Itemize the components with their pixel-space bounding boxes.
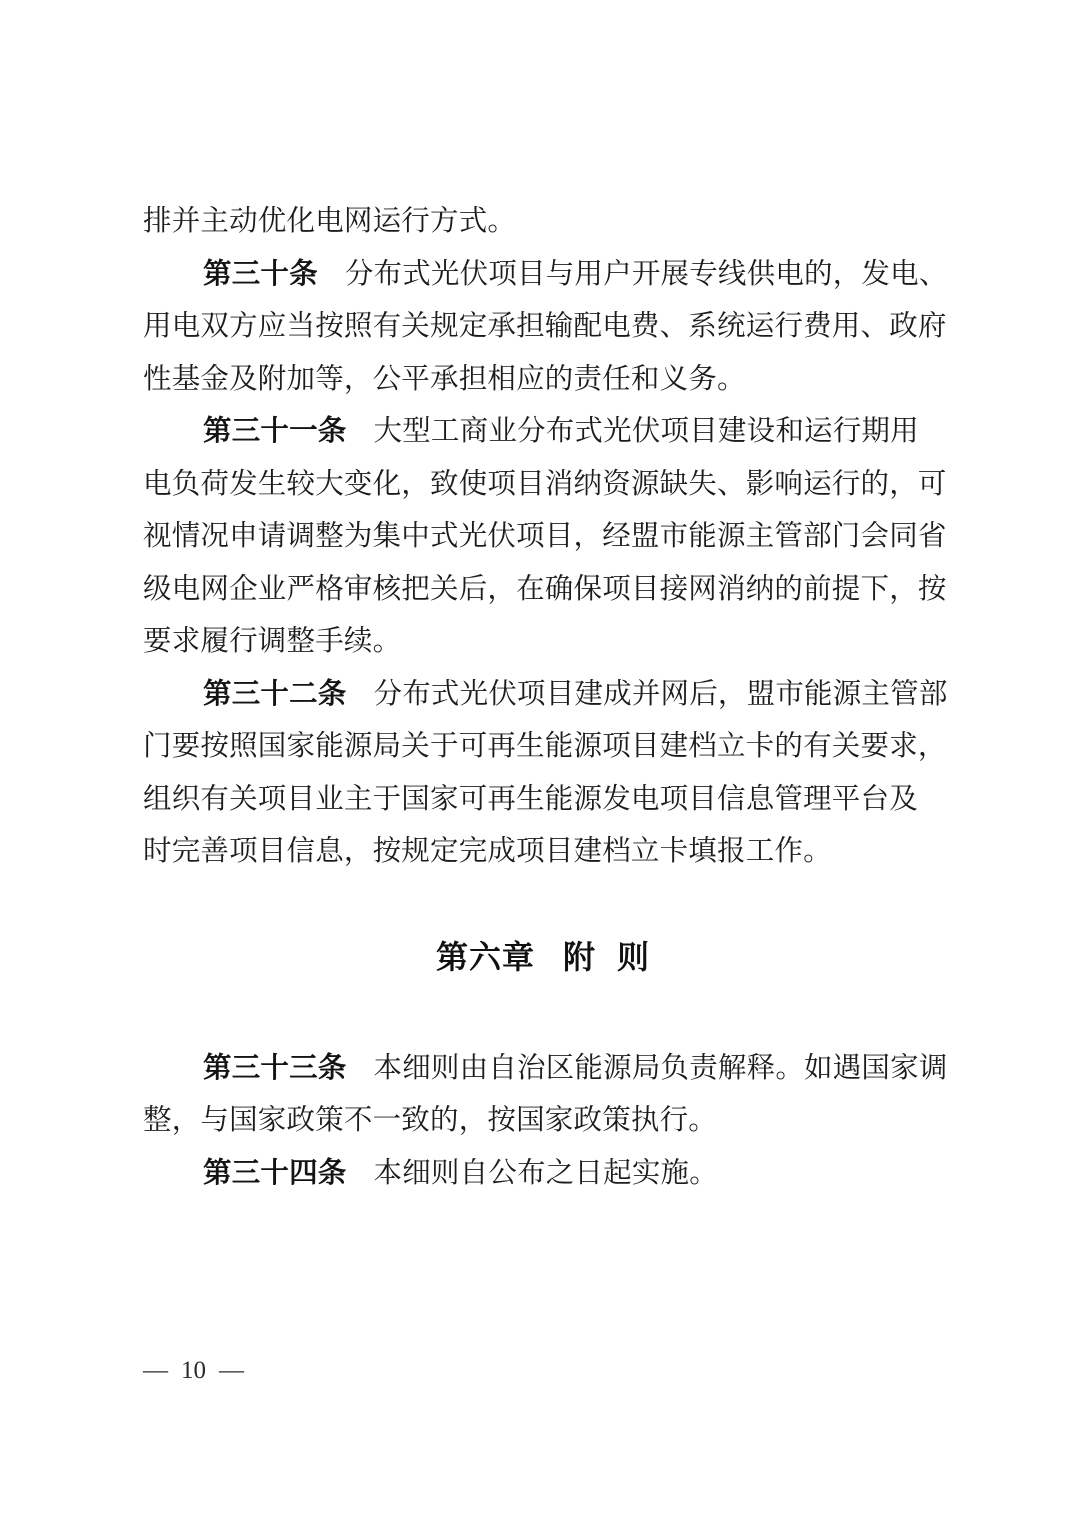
line-text: 本细则自公布之日起实施。 [374, 1158, 718, 1189]
document-page: 排并主动优化电网运行方式。 第三十条分布式光伏项目与用户开展专线供电的，发电、 … [0, 0, 1080, 1527]
body-line-article-31: 第三十一条大型工商业分布式光伏项目建设和运行期用 [143, 406, 943, 459]
document-body: 排并主动优化电网运行方式。 第三十条分布式光伏项目与用户开展专线供电的，发电、 … [143, 196, 943, 1200]
body-line: 整，与国家政策不一致的，按国家政策执行。 [143, 1095, 943, 1148]
line-text: 用电双方应当按照有关规定承担输配电费、系统运行费用、政府 [143, 311, 947, 342]
page-number: 10 [181, 1355, 206, 1387]
article-number: 第三十一条 [203, 416, 347, 447]
article-number: 第三十四条 [203, 1158, 347, 1189]
line-text: 整，与国家政策不一致的，按国家政策执行。 [143, 1105, 717, 1136]
line-text: 时完善项目信息，按规定完成项目建档立卡填报工作。 [143, 836, 832, 867]
body-line-article-34: 第三十四条本细则自公布之日起实施。 [143, 1148, 943, 1201]
body-line-article-33: 第三十三条本细则由自治区能源局负责解释。如遇国家调 [143, 1043, 943, 1096]
body-line: 视情况申请调整为集中式光伏项目，经盟市能源主管部门会同省 [143, 511, 943, 564]
footer-dash-left: — [143, 1355, 168, 1387]
body-line: 要求履行调整手续。 [143, 616, 943, 669]
line-text: 排并主动优化电网运行方式。 [143, 206, 516, 237]
chapter-title: 附 则 [563, 939, 650, 975]
line-text: 视情况申请调整为集中式光伏项目，经盟市能源主管部门会同省 [143, 521, 947, 552]
chapter-number: 第六章 [436, 939, 535, 975]
line-text: 分布式光伏项目与用户开展专线供电的，发电、 [345, 259, 948, 290]
body-line-article-30: 第三十条分布式光伏项目与用户开展专线供电的，发电、 [143, 249, 943, 302]
page-footer: — 10 — [143, 1355, 244, 1387]
footer-dash-right: — [219, 1355, 244, 1387]
line-text: 级电网企业严格审核把关后，在确保项目接网消纳的前提下，按 [143, 574, 947, 605]
chapter-heading: 第六章附 则 [143, 931, 943, 983]
line-text: 门要按照国家能源局关于可再生能源项目建档立卡的有关要求， [143, 731, 947, 762]
body-line: 性基金及附加等，公平承担相应的责任和义务。 [143, 354, 943, 407]
line-text: 要求履行调整手续。 [143, 626, 401, 657]
body-line: 组织有关项目业主于国家可再生能源发电项目信息管理平台及 [143, 774, 943, 827]
body-line: 排并主动优化电网运行方式。 [143, 196, 943, 249]
article-number: 第三十二条 [203, 679, 347, 710]
body-line-article-32: 第三十二条分布式光伏项目建成并网后，盟市能源主管部 [143, 669, 943, 722]
article-number: 第三十条 [203, 259, 318, 290]
line-text: 电负荷发生较大变化，致使项目消纳资源缺失、影响运行的，可 [143, 469, 947, 500]
line-text: 本细则由自治区能源局负责解释。如遇国家调 [374, 1053, 948, 1084]
body-line: 级电网企业严格审核把关后，在确保项目接网消纳的前提下，按 [143, 564, 943, 617]
body-line: 电负荷发生较大变化，致使项目消纳资源缺失、影响运行的，可 [143, 459, 943, 512]
article-number: 第三十三条 [203, 1053, 347, 1084]
closing-section: 第三十三条本细则由自治区能源局负责解释。如遇国家调 整，与国家政策不一致的，按国… [143, 1043, 943, 1201]
body-line: 用电双方应当按照有关规定承担输配电费、系统运行费用、政府 [143, 301, 943, 354]
line-text: 组织有关项目业主于国家可再生能源发电项目信息管理平台及 [143, 784, 918, 815]
body-line: 门要按照国家能源局关于可再生能源项目建档立卡的有关要求， [143, 721, 943, 774]
line-text: 大型工商业分布式光伏项目建设和运行期用 [374, 416, 919, 447]
line-text: 性基金及附加等，公平承担相应的责任和义务。 [143, 364, 746, 395]
line-text: 分布式光伏项目建成并网后，盟市能源主管部 [374, 679, 948, 710]
body-line: 时完善项目信息，按规定完成项目建档立卡填报工作。 [143, 826, 943, 879]
